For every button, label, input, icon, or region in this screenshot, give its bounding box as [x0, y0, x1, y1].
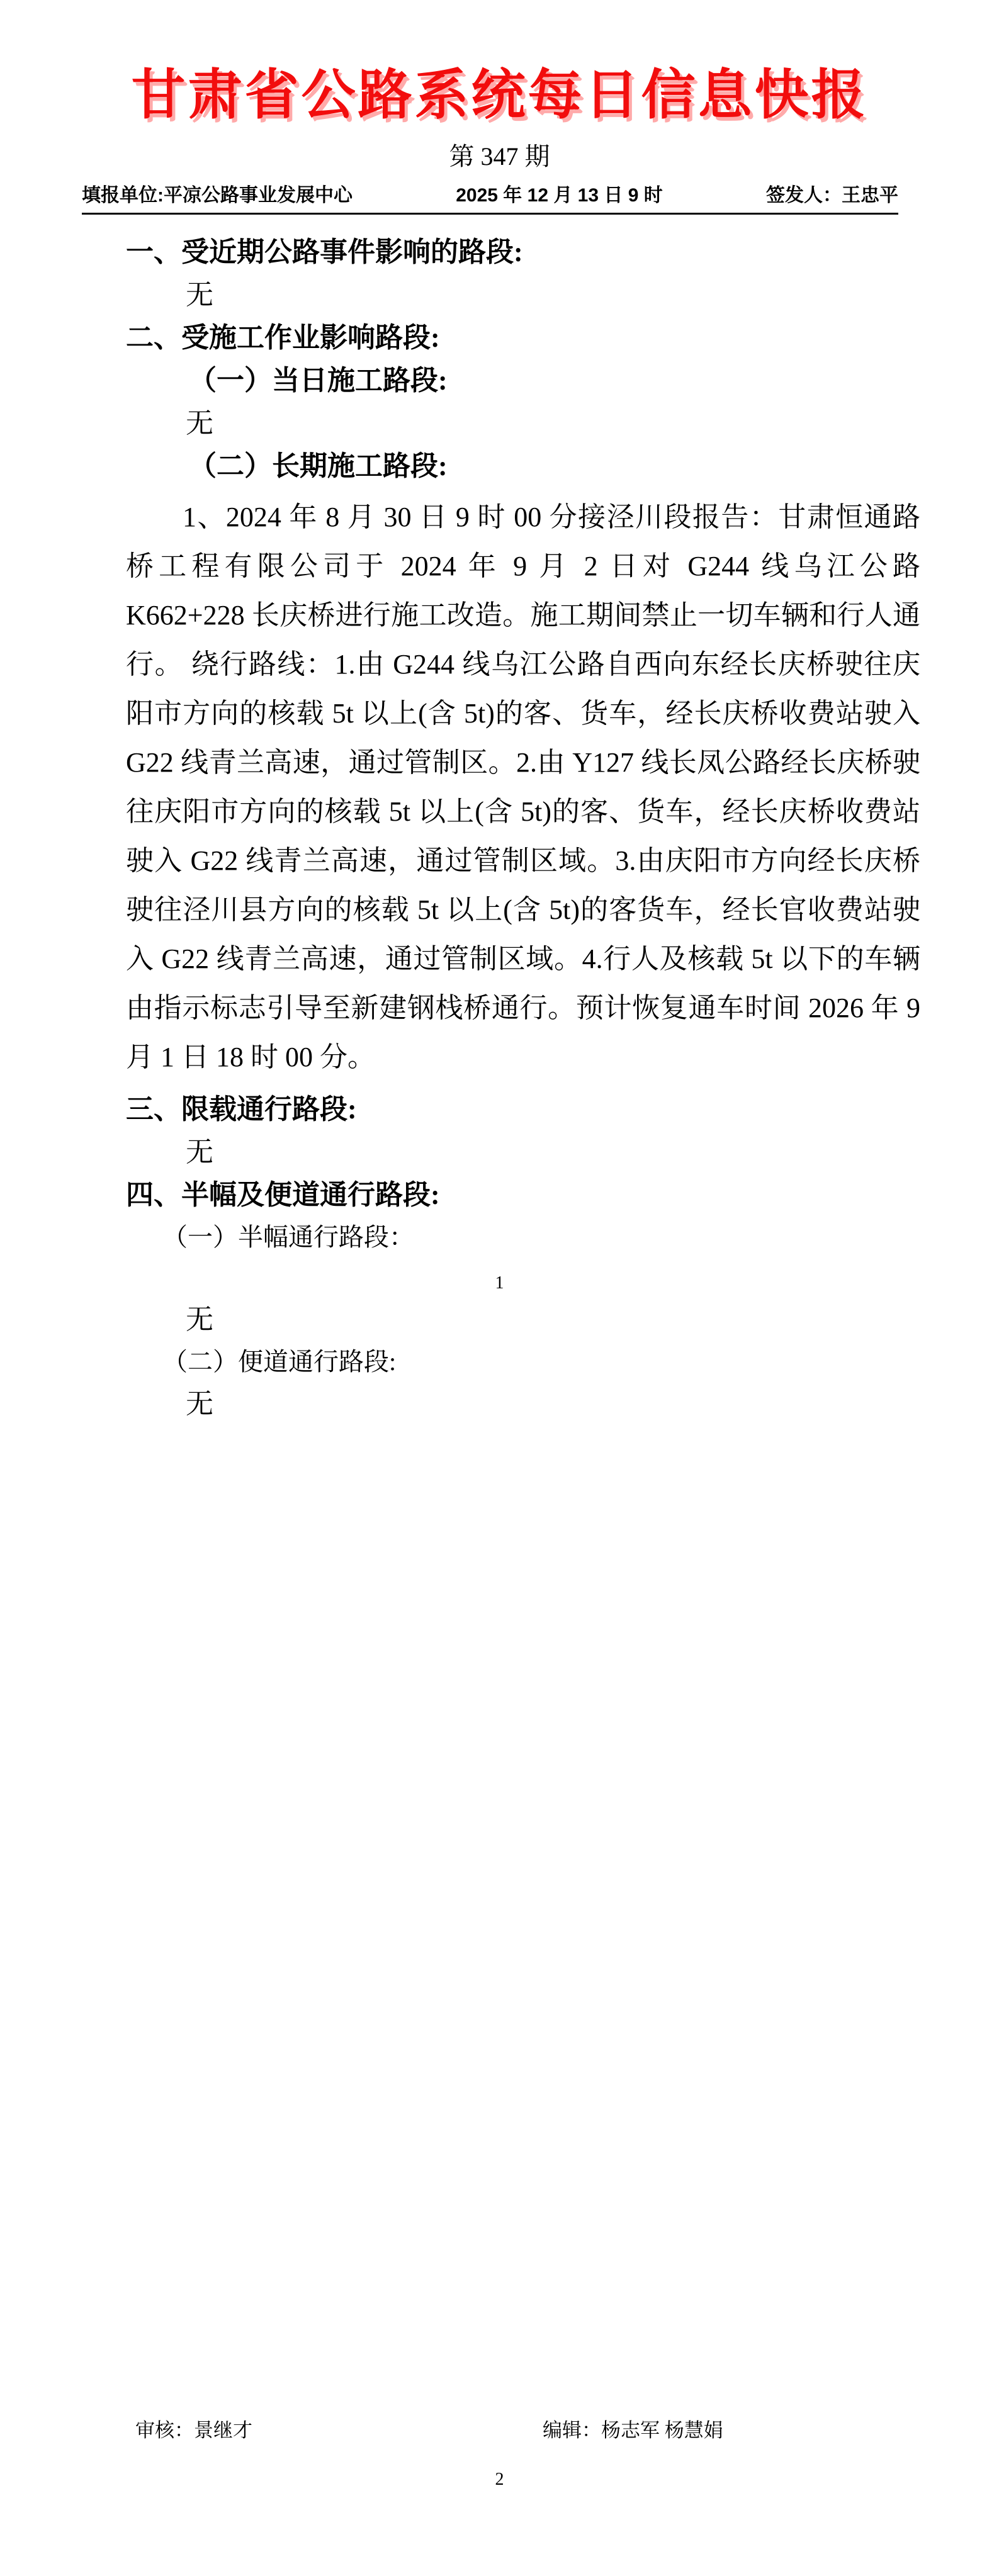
document-body-page2: 无 （二）便道通行路段: 无: [126, 1298, 920, 1426]
page-title: 甘肃省公路系统每日信息快报: [0, 0, 999, 125]
section-2-1-heading: （一）当日施工路段:: [126, 359, 920, 402]
footer: 审核：景继才 编辑：杨志军 杨慧娟: [0, 2418, 999, 2446]
page-2-number: 2: [0, 2470, 999, 2490]
masthead: 填报单位:平凉公路事业发展中心 2025 年 12 月 13 日 9 时 签发人…: [82, 184, 898, 215]
section-4-2-value: 无: [126, 1383, 920, 1426]
long-term-construction-paragraph: 1、2024 年 8 月 30 日 9 时 00 分接泾川段报告：甘肃恒通路桥工…: [126, 493, 920, 1082]
editors: 编辑：杨志军 杨慧娟: [543, 2418, 723, 2443]
section-2-2-heading: （二）长期施工路段:: [126, 445, 920, 488]
document-body-page1: 一、受近期公路事件影响的路段: 无 二、受施工作业影响路段: （一）当日施工路段…: [126, 231, 920, 1258]
report-datetime: 2025 年 12 月 13 日 9 时: [456, 184, 663, 207]
filing-unit: 填报单位:平凉公路事业发展中心: [82, 184, 353, 207]
issuer: 签发人：王忠平: [766, 184, 898, 207]
section-3-heading: 三、限载通行路段:: [126, 1088, 920, 1131]
reviewer: 审核：景继才: [135, 2418, 252, 2443]
section-4-2-heading: （二）便道通行路段:: [126, 1341, 920, 1383]
section-2-1-value: 无: [126, 402, 920, 445]
section-1-heading: 一、受近期公路事件影响的路段:: [126, 231, 920, 274]
section-4-1-value: 无: [126, 1298, 920, 1341]
page-1-number: 1: [0, 1273, 999, 1293]
section-4-1-heading: （一）半幅通行路段：: [126, 1217, 920, 1258]
issue-number: 第 347 期: [0, 142, 999, 172]
document-page: 甘肃省公路系统每日信息快报 第 347 期 填报单位:平凉公路事业发展中心 20…: [0, 0, 999, 2576]
section-2-heading: 二、受施工作业影响路段:: [126, 317, 920, 359]
section-3-value: 无: [126, 1131, 920, 1174]
section-1-value: 无: [126, 274, 920, 317]
section-4-heading: 四、半幅及便道通行路段:: [126, 1174, 920, 1217]
